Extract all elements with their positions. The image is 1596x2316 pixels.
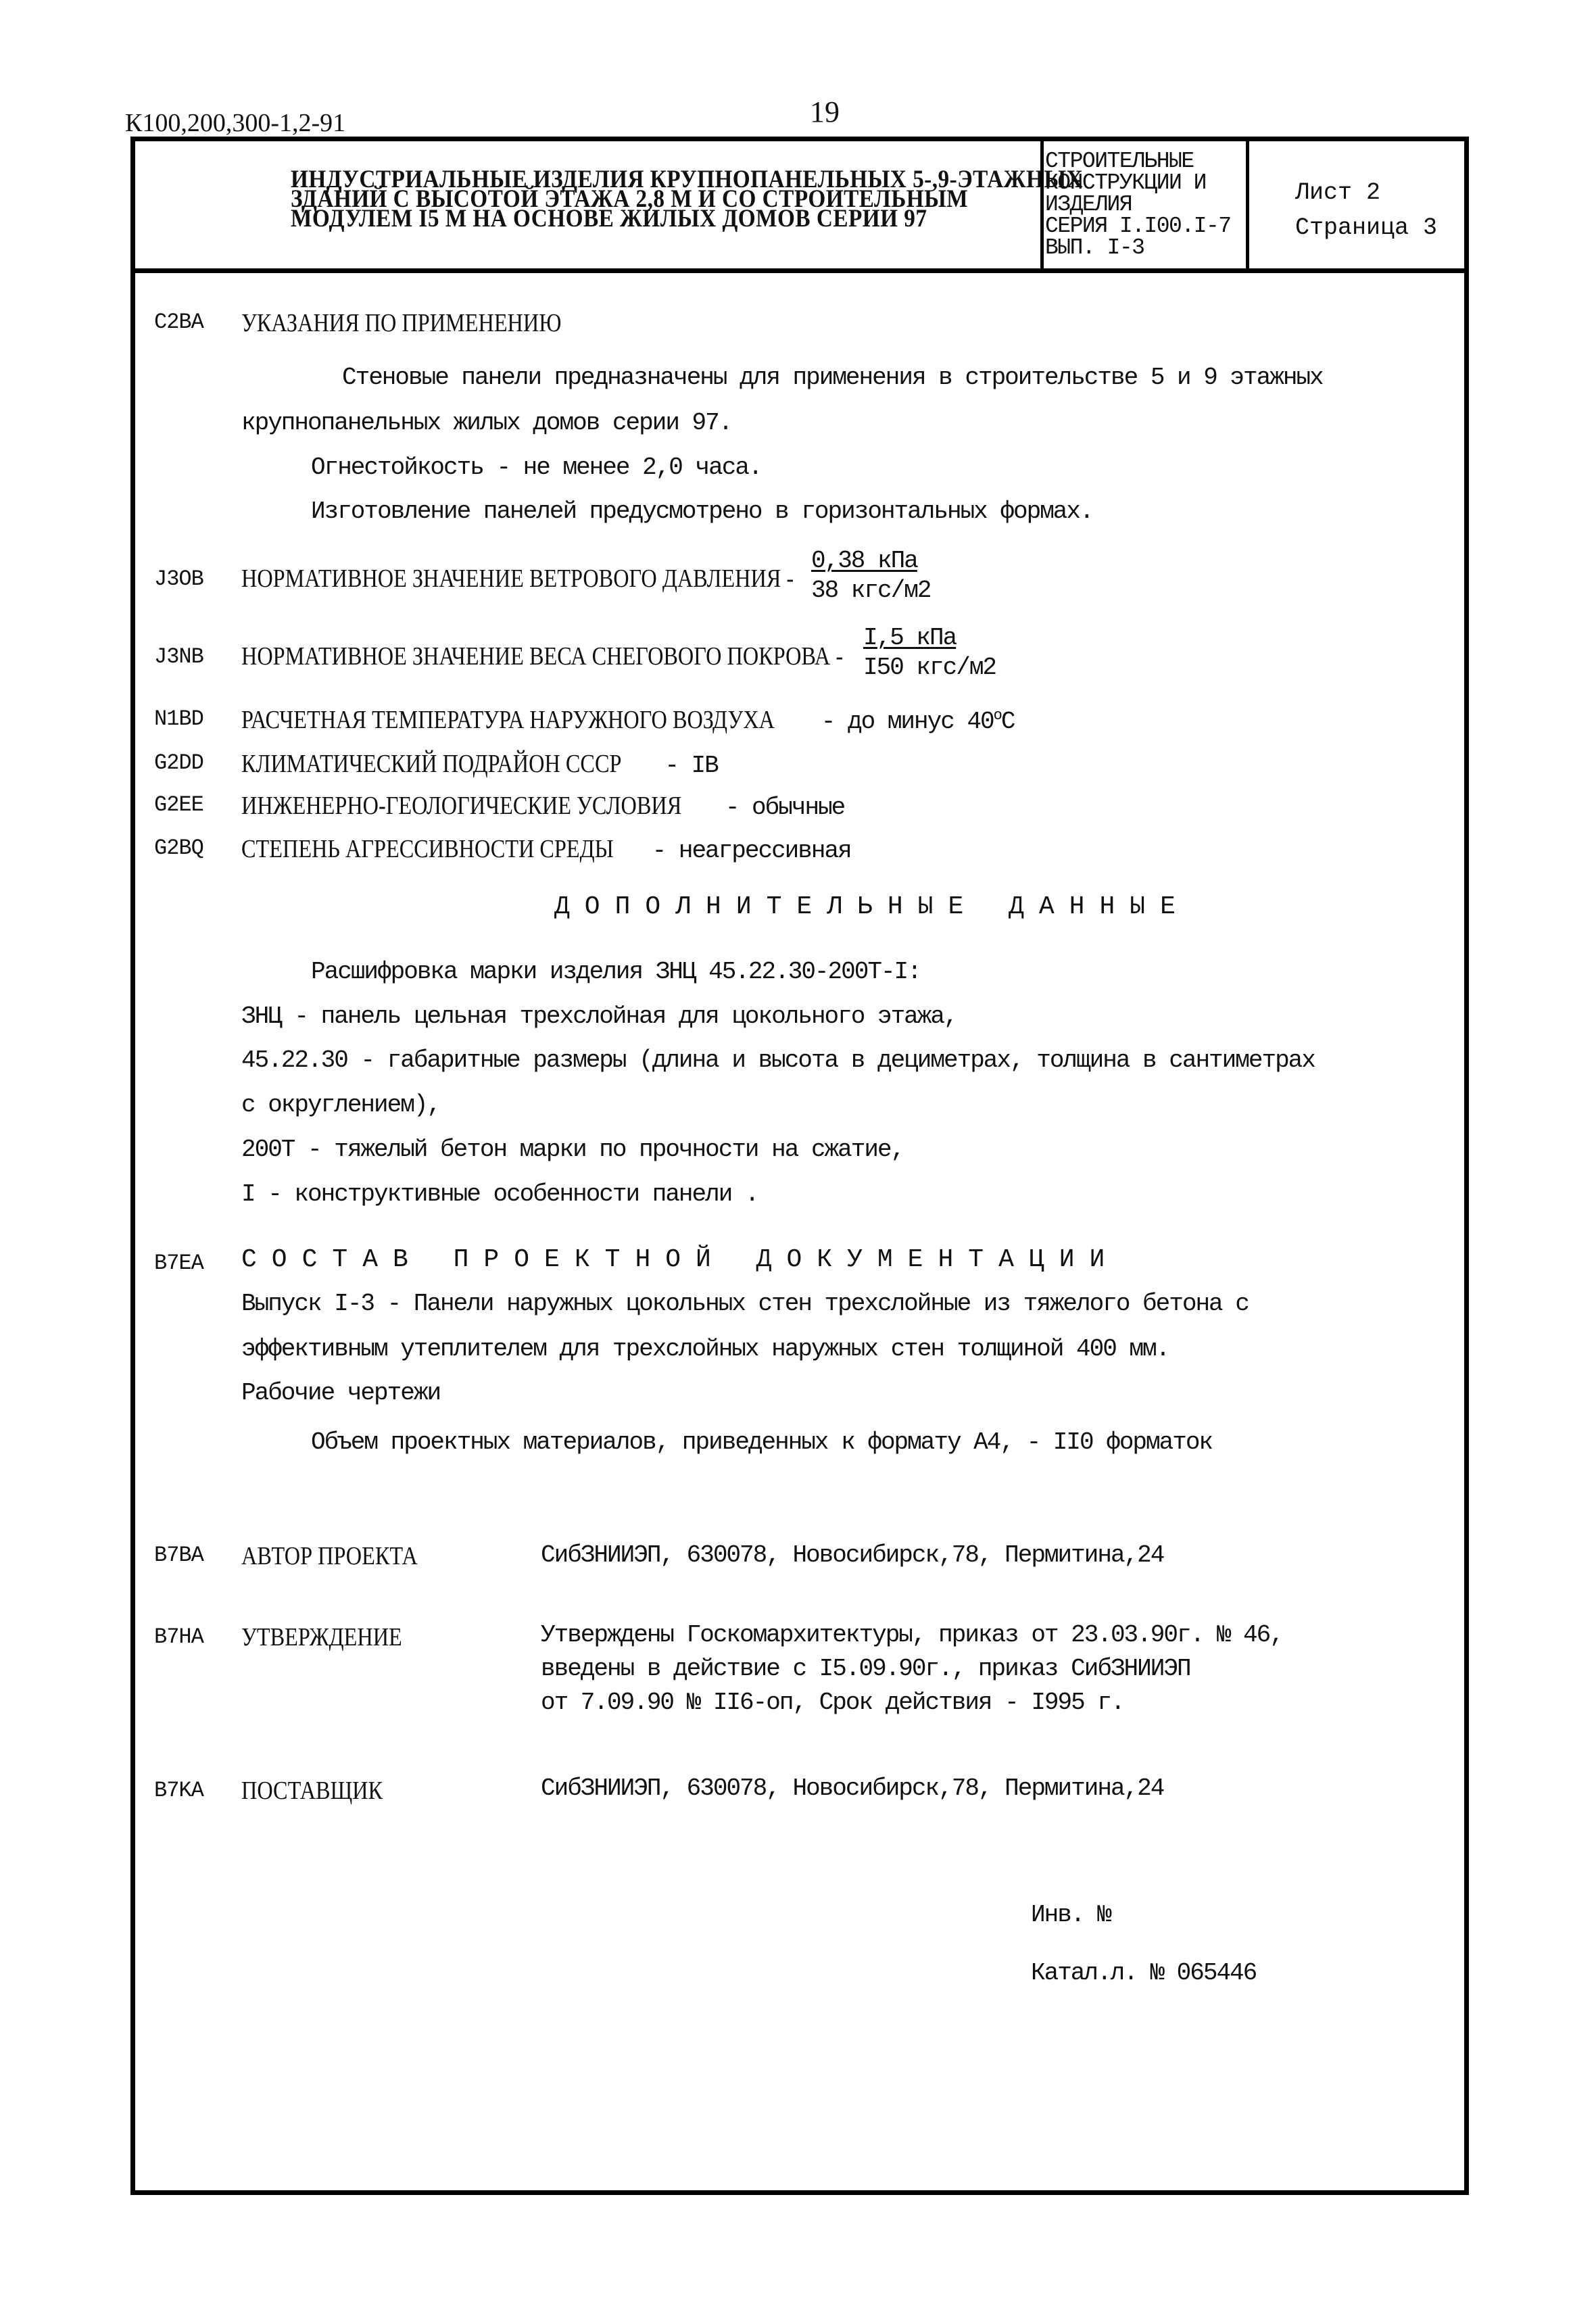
param-row: КЛИМАТИЧЕСКИЙ ПОДРАЙОН СССР - IВ: [241, 749, 718, 779]
series-line: СТРОИТЕЛЬНЫЕ: [1045, 151, 1231, 172]
divider: [1246, 141, 1249, 268]
section-code: B7EA: [154, 1251, 203, 1276]
page-frame: ИНДУСТРИАЛЬНЫЕ ИЗДЕЛИЯ КРУПНОПАНЕЛЬНЫХ 5…: [130, 137, 1469, 2195]
sheet-number: Лист 2: [1295, 175, 1437, 210]
param-value: - обычные: [712, 794, 844, 821]
text-line: Рабочие чертежи: [241, 1379, 440, 1407]
section-label: УТВЕРЖДЕНИЕ: [241, 1622, 402, 1652]
section-code: B7HA: [154, 1624, 203, 1649]
section-label: АВТОР ПРОЕКТА: [241, 1541, 418, 1571]
unit: C: [1001, 708, 1015, 735]
degree-sign: o: [994, 707, 1001, 724]
param-label: СТЕПЕНЬ АГРЕССИВНОСТИ СРЕДЫ: [241, 834, 614, 864]
catalog-number: Катал.л. № 065446: [1031, 1959, 1256, 1987]
sheet-info: Лист 2 Страница 3: [1295, 175, 1437, 245]
text-line: крупнопанельных жилых домов серии 97.: [241, 409, 731, 437]
text-line: эффективным утеплителем для трехслойных …: [241, 1335, 1169, 1363]
param-value: I,5 кПа I50 кгс/м2: [863, 623, 996, 683]
text-line: 200Т - тяжелый бетон марки по прочности …: [241, 1136, 904, 1163]
section-label: ПОСТАВЩИК: [241, 1776, 383, 1806]
param-code: G2DD: [154, 750, 203, 775]
divider: [1040, 141, 1044, 268]
text-line: Изготовление панелей предусмотрено в гор…: [311, 498, 1093, 525]
author-value: СибЗНИИЭП, 630078, Новосибирск,78, Перми…: [541, 1541, 1163, 1569]
section-heading: УКАЗАНИЯ ПО ПРИМЕНЕНИЮ: [241, 308, 561, 338]
sheet-page: Страница 3: [1295, 210, 1437, 245]
value-kpa: 0,38 кПа: [811, 546, 930, 576]
text-line: ЗНЦ - панель цельная трехслойная для цок…: [241, 1003, 957, 1030]
param-label: НОРМАТИВНОЕ ЗНАЧЕНИЕ ВЕСА СНЕГОВОГО ПОКР…: [241, 642, 843, 671]
approval-line: введены в действие с I5.09.90г., приказ …: [541, 1655, 1190, 1683]
text-line: 45.22.30 - габаритные размеры (длина и в…: [241, 1046, 1315, 1074]
title-block: ИНДУСТРИАЛЬНЫЕ ИЗДЕЛИЯ КРУПНОПАНЕЛЬНЫХ 5…: [135, 141, 1464, 273]
section-code: B7KA: [154, 1778, 203, 1803]
approval-line: от 7.09.90 № II6-оп, Срок действия - I99…: [541, 1689, 1124, 1716]
param-code: G2BQ: [154, 836, 203, 861]
param-value: - до минус 40: [808, 708, 993, 735]
text-line: Расшифровка марки изделия ЗНЦ 45.22.30-2…: [311, 958, 921, 986]
document-title: ИНДУСТРИАЛЬНЫЕ ИЗДЕЛИЯ КРУПНОПАНЕЛЬНЫХ 5…: [291, 170, 1083, 228]
page-number: 19: [810, 95, 840, 129]
section-code: B7BA: [154, 1543, 203, 1568]
section-heading: СОСТАВ ПРОЕКТНОЙ ДОКУМЕНТАЦИИ: [241, 1245, 1119, 1274]
approval-line: Утверждены Госкомархитектуры, приказ от …: [541, 1621, 1283, 1649]
series-info: СТРОИТЕЛЬНЫЕ КОНСТРУКЦИИ И ИЗДЕЛИЯ СЕРИЯ…: [1045, 151, 1231, 259]
param-label: ИНЖЕНЕРНО-ГЕОЛОГИЧЕСКИЕ УСЛОВИЯ: [241, 791, 681, 821]
value-kgs: 38 кгс/м2: [811, 576, 930, 606]
param-row: СТЕПЕНЬ АГРЕССИВНОСТИ СРЕДЫ - неагрессив…: [241, 834, 851, 865]
value-kgs: I50 кгс/м2: [863, 653, 996, 683]
param-value: - IВ: [652, 752, 718, 779]
param-code: N1BD: [154, 706, 203, 731]
text-line: Стеновые панели предназначены для примен…: [342, 364, 1323, 391]
section-heading: ДОПОЛНИТЕЛЬНЫЕ ДАННЫЕ: [554, 892, 1190, 921]
param-value: - неагрессивная: [639, 837, 851, 865]
param-value: 0,38 кПа 38 кгс/м2: [811, 546, 930, 606]
section-code: C2BA: [154, 310, 203, 335]
series-line: КОНСТРУКЦИИ И: [1045, 172, 1231, 194]
param-label: КЛИМАТИЧЕСКИЙ ПОДРАЙОН СССР: [241, 749, 621, 779]
inventory-number: Инв. №: [1031, 1901, 1111, 1929]
series-line: ВЫП. I-3: [1045, 237, 1231, 259]
param-code: G2EE: [154, 792, 203, 817]
series-line: ИЗДЕЛИЯ: [1045, 194, 1231, 216]
text-line: I - конструктивные особенности панели .: [241, 1180, 758, 1208]
param-row: РАСЧЕТНАЯ ТЕМПЕРАТУРА НАРУЖНОГО ВОЗДУХА …: [241, 705, 1014, 735]
param-label: РАСЧЕТНАЯ ТЕМПЕРАТУРА НАРУЖНОГО ВОЗДУХА: [241, 705, 775, 735]
text-line: с округлением),: [241, 1091, 440, 1119]
param-code: J3NB: [154, 644, 203, 669]
text-line: Объем проектных материалов, приведенных …: [311, 1428, 1212, 1456]
param-label: НОРМАТИВНОЕ ЗНАЧЕНИЕ ВЕТРОВОГО ДАВЛЕНИЯ …: [241, 564, 794, 594]
text-line: Выпуск I-3 - Панели наружных цокольных с…: [241, 1290, 1249, 1318]
value-kpa: I,5 кПа: [863, 623, 996, 653]
supplier-value: СибЗНИИЭП, 630078, Новосибирск,78, Перми…: [541, 1775, 1163, 1802]
param-row: ИНЖЕНЕРНО-ГЕОЛОГИЧЕСКИЕ УСЛОВИЯ - обычны…: [241, 791, 844, 821]
param-code: J3OB: [154, 566, 203, 592]
series-line: СЕРИЯ I.I00.I-7: [1045, 216, 1231, 237]
text-line: Огнестойкость - не менее 2,0 часа.: [311, 454, 762, 481]
document-code: К100,200,300-1,2-91: [125, 108, 345, 138]
